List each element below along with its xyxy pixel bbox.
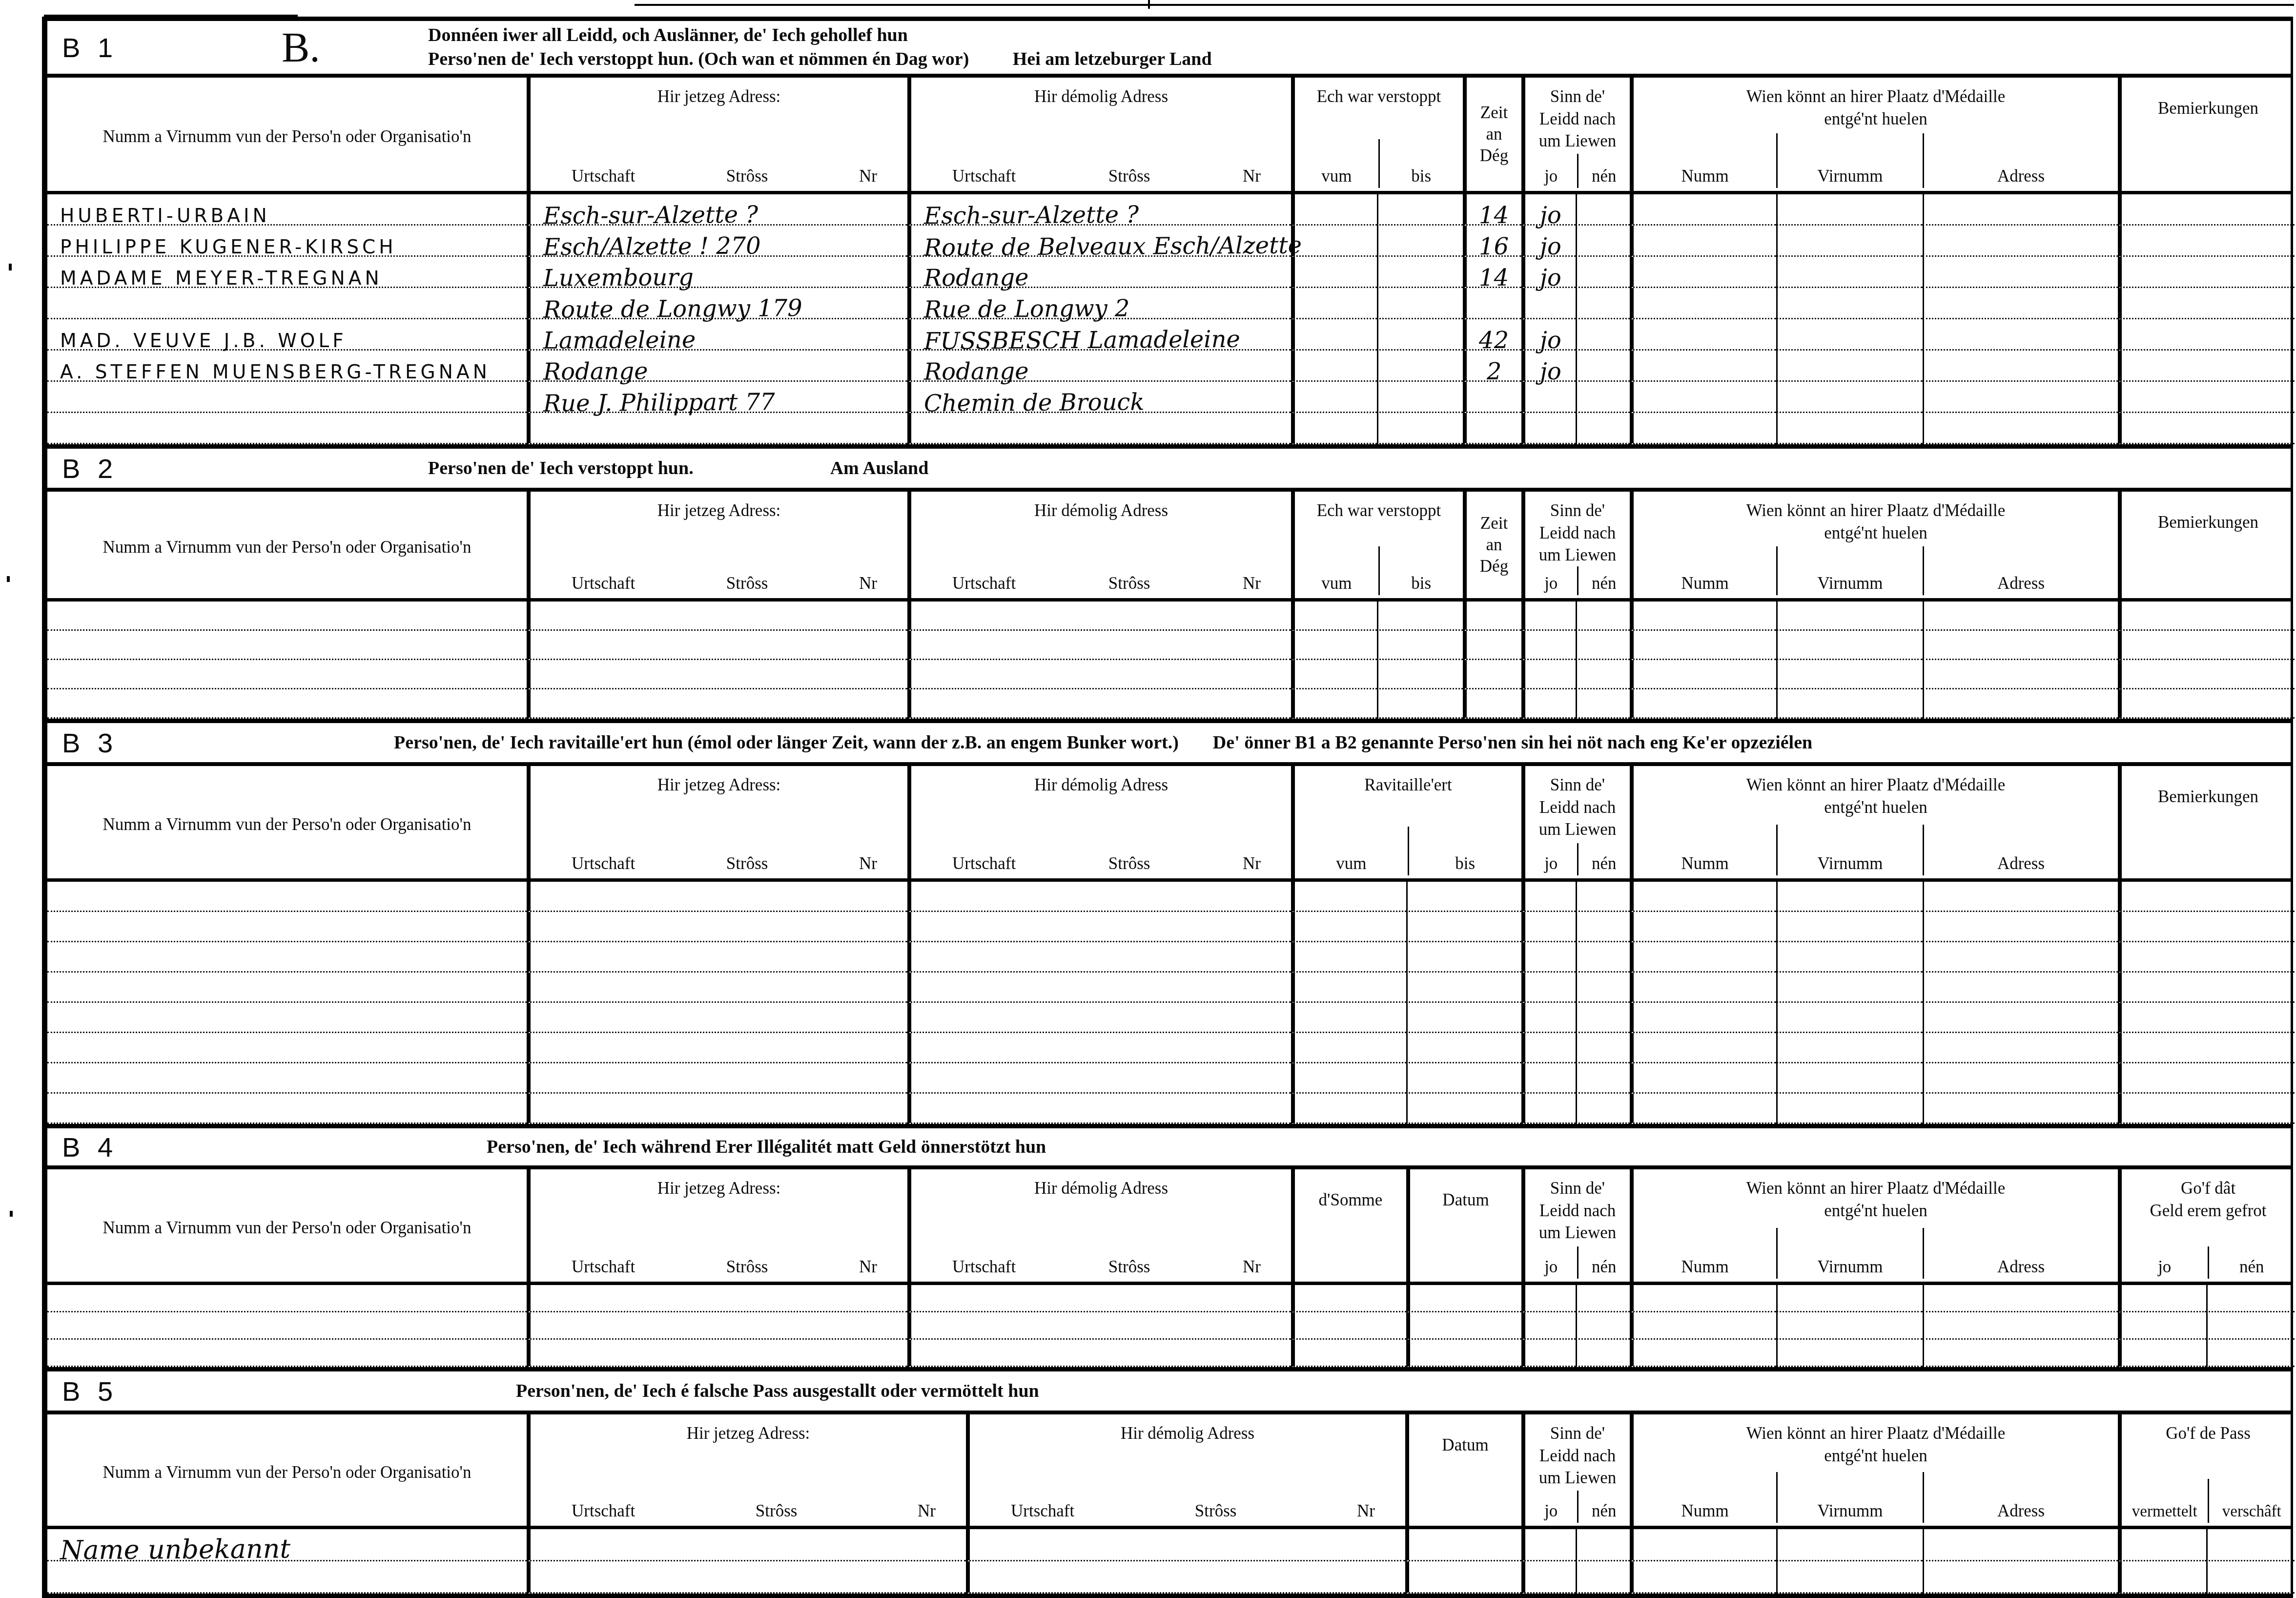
b5-r1-jetzeg bbox=[527, 1529, 966, 1561]
b3-r5-m_virnumm bbox=[1776, 1003, 1923, 1033]
b1-r4-m_adress bbox=[1923, 288, 2118, 319]
b1-r1-bem bbox=[2118, 194, 2295, 226]
col-label: um Liewen bbox=[1525, 130, 1630, 152]
b5-r1-datum bbox=[1405, 1529, 1521, 1561]
b4-header-row: Numm a Virnumm vun der Perso'n oder Orga… bbox=[47, 1169, 2291, 1285]
b2-r4-name bbox=[47, 689, 527, 719]
b5-col-gof-pass: Go'f de Pass vermettelt verschâft bbox=[2118, 1414, 2295, 1526]
b1-r4-jo bbox=[1521, 288, 1576, 319]
b3-r3-jetzeg bbox=[527, 942, 907, 973]
b5-r1-nen bbox=[1576, 1529, 1630, 1561]
b1-r8-bis bbox=[1377, 413, 1463, 444]
b1-r1-m_virnumm bbox=[1776, 194, 1923, 226]
b3-col-jetzeg-adress: Hir jetzeg Adress: Urtschaft Strôss Nr bbox=[527, 766, 907, 878]
b3-r3-vum bbox=[1291, 942, 1406, 973]
b3-r8-name bbox=[47, 1094, 527, 1124]
col-label: d'Somme bbox=[1298, 1189, 1403, 1211]
col-label: bis bbox=[1411, 166, 1431, 186]
b1-r8-demolig bbox=[907, 413, 1291, 444]
b1-r6-bem bbox=[2118, 351, 2295, 382]
b1-r1-vum bbox=[1291, 194, 1377, 226]
b1-col-bemierkungen: Bemierkungen bbox=[2118, 78, 2295, 191]
b1-r2-m_virnumm bbox=[1776, 226, 1923, 257]
col-label: um Liewen bbox=[1525, 1222, 1630, 1244]
col-label: Sinn de' bbox=[1525, 499, 1630, 522]
col-label: Numm bbox=[1681, 1501, 1728, 1521]
col-label: Hir jetzeg Adress: bbox=[533, 85, 904, 108]
b4-r2-gjo bbox=[2118, 1312, 2206, 1340]
b4-title-bar: B 4 Perso'nen, de' Iech während Erer Ill… bbox=[47, 1124, 2291, 1169]
b1-r3-m_virnumm bbox=[1776, 257, 1923, 288]
col-label: Nr bbox=[859, 1257, 877, 1277]
b1-r1-zeit: 14 bbox=[1463, 194, 1521, 226]
b1-r8-jo bbox=[1521, 413, 1576, 444]
col-label: Strôss bbox=[1108, 854, 1150, 873]
b5-r2-jetzeg bbox=[527, 1561, 966, 1594]
b1-r3-zeit: 14 bbox=[1463, 257, 1521, 288]
b2-col-verstoppt: Ech war verstoppt vum bis bbox=[1291, 492, 1463, 598]
col-label: an bbox=[1467, 125, 1521, 144]
col-label: Ech war verstoppt bbox=[1295, 499, 1463, 522]
b1-table-row: Route de Longwy 179Rue de Longwy 2 bbox=[47, 288, 2291, 319]
col-label: Nr bbox=[918, 1501, 936, 1521]
b3-r4-vum bbox=[1291, 973, 1406, 1003]
col-label: Sinn de' bbox=[1525, 85, 1630, 108]
col-label: Urtschaft bbox=[952, 166, 1016, 186]
b4-col-name: Numm a Virnumm vun der Perso'n oder Orga… bbox=[47, 1169, 527, 1282]
b3-r8-vum bbox=[1291, 1094, 1406, 1124]
b3-r7-demolig bbox=[907, 1063, 1291, 1094]
col-label: nén bbox=[1592, 1501, 1617, 1521]
b3-r5-m_adress bbox=[1923, 1003, 2118, 1033]
scan-artifact-tick bbox=[1148, 0, 1150, 9]
b2-r1-bis bbox=[1377, 602, 1463, 631]
b2-r4-zeit bbox=[1463, 689, 1521, 719]
b1-handwritten-entry: Luxembourg bbox=[543, 266, 694, 290]
col-label: Bemierkungen bbox=[2125, 97, 2292, 120]
b1-title-line1: Donnéen iwer all Leidd, och Auslänner, d… bbox=[428, 23, 1212, 47]
b1-handwritten-entry: Rodange bbox=[924, 359, 1029, 383]
b2-r1-vum bbox=[1291, 602, 1377, 631]
b1-r5-m_virnumm bbox=[1776, 319, 1923, 351]
b3-table-row bbox=[47, 942, 2291, 973]
b1-r5-m_numm bbox=[1630, 319, 1776, 351]
b4-r1-m_virnumm bbox=[1776, 1285, 1923, 1312]
b1-r7-demolig: Chemin de Brouck bbox=[907, 382, 1291, 413]
b3-col-bemierkungen: Bemierkungen bbox=[2118, 766, 2295, 878]
b4-r3-somme bbox=[1291, 1340, 1406, 1367]
b5-r1-m_numm bbox=[1630, 1529, 1776, 1561]
b3-r2-nen bbox=[1576, 912, 1630, 942]
b3-r4-bem bbox=[2118, 973, 2295, 1003]
col-label: um Liewen bbox=[1525, 1467, 1630, 1489]
b1-table-row: Rue J. Philippart 77Chemin de Brouck bbox=[47, 382, 2291, 413]
b1-r3-vum bbox=[1291, 257, 1377, 288]
b2-title-bar: B 2 Perso'nen de' Iech verstoppt hun. Am… bbox=[47, 444, 2291, 492]
b1-r1-m_numm bbox=[1630, 194, 1776, 226]
col-label: Strôss bbox=[756, 1501, 798, 1521]
b2-r4-bis bbox=[1377, 689, 1463, 719]
b3-r6-m_adress bbox=[1923, 1033, 2118, 1063]
b2-r2-name bbox=[47, 631, 527, 660]
b4-r3-name bbox=[47, 1340, 527, 1367]
col-label: Hir jetzeg Adress: bbox=[533, 774, 904, 796]
b1-r4-jetzeg: Route de Longwy 179 bbox=[527, 288, 907, 319]
b1-handwritten-entry: MAD. VEUVE J.B. WOLF bbox=[60, 332, 347, 351]
scan-speckle bbox=[9, 264, 12, 270]
b1-r7-jetzeg: Rue J. Philippart 77 bbox=[527, 382, 907, 413]
b3-r5-vum bbox=[1291, 1003, 1406, 1033]
b1-r6-demolig: Rodange bbox=[907, 351, 1291, 382]
b4-r1-nen bbox=[1576, 1285, 1630, 1312]
b1-r7-bis bbox=[1377, 382, 1463, 413]
b3-table-row bbox=[47, 1003, 2291, 1033]
b3-r1-m_virnumm bbox=[1776, 882, 1923, 912]
col-label: Adress bbox=[1997, 574, 2045, 593]
b1-title-line2: Perso'nen de' Iech verstoppt hun. (Och w… bbox=[428, 49, 969, 69]
b2-r1-name bbox=[47, 602, 527, 631]
b1-r7-vum bbox=[1291, 382, 1377, 413]
b1-col-verstoppt: Ech war verstoppt vum bis bbox=[1291, 78, 1463, 191]
b4-r2-jetzeg bbox=[527, 1312, 907, 1340]
b4-r2-jo bbox=[1521, 1312, 1576, 1340]
b1-rows: HUBERTI-URBAINEsch-sur-Alzette ?Esch-sur… bbox=[47, 194, 2291, 444]
b5-rows: Name unbekannt bbox=[47, 1529, 2291, 1594]
b2-r4-jetzeg bbox=[527, 689, 907, 719]
b1-col-zeit: Zeit an Dég bbox=[1463, 78, 1521, 191]
b3-r2-demolig bbox=[907, 912, 1291, 942]
col-label: Nr bbox=[1243, 574, 1261, 593]
b1-r5-vum bbox=[1291, 319, 1377, 351]
b1-r2-m_numm bbox=[1630, 226, 1776, 257]
b4-table-row bbox=[47, 1285, 2291, 1312]
b3-r1-m_numm bbox=[1630, 882, 1776, 912]
col-label: Nr bbox=[859, 574, 877, 593]
b3-table-row bbox=[47, 1063, 2291, 1094]
b1-section-letter: B. bbox=[282, 26, 428, 68]
b2-col-name: Numm a Virnumm vun der Perso'n oder Orga… bbox=[47, 492, 527, 598]
b1-r3-m_adress bbox=[1923, 257, 2118, 288]
col-label: Numm bbox=[1681, 1257, 1728, 1277]
b3-r2-name bbox=[47, 912, 527, 942]
col-label: entgé'nt huelen bbox=[1634, 1445, 2118, 1467]
b1-r3-demolig: Rodange bbox=[907, 257, 1291, 288]
b3-title: Perso'nen, de' Iech ravitaille'ert hun (… bbox=[394, 732, 1179, 753]
b2-r3-bem bbox=[2118, 660, 2295, 689]
col-label: Urtschaft bbox=[952, 854, 1016, 873]
b3-r6-m_virnumm bbox=[1776, 1033, 1923, 1063]
col-label: Adress bbox=[1997, 166, 2045, 186]
col-label: Strôss bbox=[726, 166, 768, 186]
b1-r3-jetzeg: Luxembourg bbox=[527, 257, 907, 288]
b3-r4-nen bbox=[1576, 973, 1630, 1003]
col-label: vum bbox=[1321, 166, 1352, 186]
b5-header-row: Numm a Virnumm vun der Perso'n oder Orga… bbox=[47, 1414, 2291, 1529]
b1-r2-m_adress bbox=[1923, 226, 2118, 257]
b1-r5-nen bbox=[1576, 319, 1630, 351]
b4-r2-nen bbox=[1576, 1312, 1630, 1340]
b1-col-demolig-adress: Hir démolig Adress Urtschaft Strôss Nr bbox=[907, 78, 1291, 191]
b3-r6-bem bbox=[2118, 1033, 2295, 1063]
b1-handwritten-entry: HUBERTI-URBAIN bbox=[60, 207, 270, 226]
b3-r1-bis bbox=[1406, 882, 1521, 912]
b1-r8-m_virnumm bbox=[1776, 413, 1923, 444]
b1-handwritten-entry: FUSSBESCH Lamadeleine bbox=[924, 328, 1240, 353]
col-label: Numm a Virnumm vun der Perso'n oder Orga… bbox=[50, 1463, 524, 1482]
b4-r1-jetzeg bbox=[527, 1285, 907, 1312]
b1-r7-m_virnumm bbox=[1776, 382, 1923, 413]
col-label: verschâft bbox=[2222, 1503, 2281, 1521]
b1-handwritten-entry: Rue de Longwy 2 bbox=[924, 297, 1130, 322]
col-label: Virnumm bbox=[1817, 166, 1883, 186]
col-label: vum bbox=[1336, 854, 1366, 873]
b4-r2-m_virnumm bbox=[1776, 1312, 1923, 1340]
col-label: Zeit bbox=[1467, 103, 1521, 123]
b4-r3-nen bbox=[1576, 1340, 1630, 1367]
b1-col-name: Numm a Virnumm vun der Perso'n oder Orga… bbox=[47, 78, 527, 191]
col-label: Dég bbox=[1467, 146, 1521, 166]
b3-r7-m_numm bbox=[1630, 1063, 1776, 1094]
b1-r3-m_numm bbox=[1630, 257, 1776, 288]
b3-r4-jo bbox=[1521, 973, 1576, 1003]
b3-r1-m_adress bbox=[1923, 882, 2118, 912]
b1-handwritten-entry: Rodange bbox=[924, 266, 1029, 290]
b5-col-medaille: Wien könnt an hirer Plaatz d'Médaille en… bbox=[1630, 1414, 2118, 1526]
col-label: Virnumm bbox=[1817, 1501, 1883, 1521]
b4-r3-datum bbox=[1406, 1340, 1521, 1367]
b5-r1-demolig bbox=[966, 1529, 1405, 1561]
col-label: Virnumm bbox=[1817, 1257, 1883, 1277]
b1-r8-nen bbox=[1576, 413, 1630, 444]
b2-r1-m_numm bbox=[1630, 602, 1776, 631]
b3-r3-demolig bbox=[907, 942, 1291, 973]
b1-r2-name: PHILIPPE KUGENER-KIRSCH bbox=[47, 226, 527, 257]
b2-r2-vum bbox=[1291, 631, 1377, 660]
b1-r5-zeit: 42 bbox=[1463, 319, 1521, 351]
b2-r4-m_adress bbox=[1923, 689, 2118, 719]
b2-r2-m_adress bbox=[1923, 631, 2118, 660]
b3-r7-nen bbox=[1576, 1063, 1630, 1094]
col-label: Adress bbox=[1997, 1501, 2045, 1521]
section-b4: B 4 Perso'nen, de' Iech während Erer Ill… bbox=[42, 1124, 2293, 1367]
b3-r5-demolig bbox=[907, 1003, 1291, 1033]
b1-handwritten-entry: Rue J. Philippart 77 bbox=[543, 390, 775, 415]
b1-handwritten-entry: PHILIPPE KUGENER-KIRSCH bbox=[60, 238, 396, 257]
b1-r5-bis bbox=[1377, 319, 1463, 351]
b3-r4-m_adress bbox=[1923, 973, 2118, 1003]
b5-col-sinn: Sinn de' Leidd nach um Liewen jo nén bbox=[1521, 1414, 1630, 1526]
b3-r1-demolig bbox=[907, 882, 1291, 912]
col-label: entgé'nt huelen bbox=[1634, 796, 2118, 819]
col-label: Dég bbox=[1467, 557, 1521, 576]
b1-handwritten-entry: MADAME MEYER-TREGNAN bbox=[60, 269, 383, 288]
b2-r4-m_virnumm bbox=[1776, 689, 1923, 719]
col-label: nén bbox=[2239, 1257, 2264, 1277]
col-label: Bemierkungen bbox=[2125, 511, 2292, 534]
b4-r1-m_adress bbox=[1923, 1285, 2118, 1312]
b3-r6-jo bbox=[1521, 1033, 1576, 1063]
b5-handwritten-entry: Name unbekannt bbox=[60, 1536, 290, 1563]
b2-r2-demolig bbox=[907, 631, 1291, 660]
b2-table-row bbox=[47, 631, 2291, 660]
b1-table-row: MADAME MEYER-TREGNANLuxembourgRodange14j… bbox=[47, 257, 2291, 288]
b2-col-jetzeg-adress: Hir jetzeg Adress: Urtschaft Strôss Nr bbox=[527, 492, 907, 598]
b1-handwritten-entry: Route de Belveaux Esch/Alzette bbox=[924, 233, 1302, 259]
b1-r2-nen bbox=[1576, 226, 1630, 257]
col-label: Nr bbox=[1243, 166, 1261, 186]
b2-r3-zeit bbox=[1463, 660, 1521, 689]
b1-r1-nen bbox=[1576, 194, 1630, 226]
b1-col-jetzeg-adress: Hir jetzeg Adress: Urtschaft Strôss Nr bbox=[527, 78, 907, 191]
b3-col-sinn: Sinn de' Leidd nach um Liewen jo nén bbox=[1521, 766, 1630, 878]
col-label: Hir jetzeg Adress: bbox=[533, 1422, 963, 1445]
b1-title-bar: B 1 B. Donnéen iwer all Leidd, och Auslä… bbox=[47, 17, 2291, 78]
b4-r3-jetzeg bbox=[527, 1340, 907, 1367]
b5-table-row bbox=[47, 1561, 2291, 1594]
b5-r1-pverm bbox=[2118, 1529, 2206, 1561]
b5-r1-m_adress bbox=[1923, 1529, 2118, 1561]
b1-col-medaille: Wien könnt an hirer Plaatz d'Médaille en… bbox=[1630, 78, 2118, 191]
b3-r3-name bbox=[47, 942, 527, 973]
b3-r8-demolig bbox=[907, 1094, 1291, 1124]
b5-r2-m_adress bbox=[1923, 1561, 2118, 1594]
b2-r4-vum bbox=[1291, 689, 1377, 719]
b1-r2-demolig: Route de Belveaux Esch/Alzette bbox=[907, 226, 1291, 257]
b1-r3-name: MADAME MEYER-TREGNAN bbox=[47, 257, 527, 288]
col-label: Numm bbox=[1681, 574, 1728, 593]
b5-r2-m_virnumm bbox=[1776, 1561, 1923, 1594]
b3-r3-m_adress bbox=[1923, 942, 2118, 973]
b1-r3-nen bbox=[1576, 257, 1630, 288]
b4-r2-datum bbox=[1406, 1312, 1521, 1340]
b3-r7-m_adress bbox=[1923, 1063, 2118, 1094]
col-label: Bemierkungen bbox=[2125, 786, 2292, 808]
b1-r2-jetzeg: Esch/Alzette ! 270 bbox=[527, 226, 907, 257]
b3-r6-jetzeg bbox=[527, 1033, 907, 1063]
col-label: Numm bbox=[1681, 854, 1728, 873]
b3-r2-bem bbox=[2118, 912, 2295, 942]
b2-r1-m_adress bbox=[1923, 602, 2118, 631]
b3-r7-bis bbox=[1406, 1063, 1521, 1094]
b3-r5-bis bbox=[1406, 1003, 1521, 1033]
col-label: Hir démolig Adress bbox=[914, 85, 1288, 108]
b2-r3-jo bbox=[1521, 660, 1576, 689]
b1-r7-m_numm bbox=[1630, 382, 1776, 413]
b1-table-row: HUBERTI-URBAINEsch-sur-Alzette ?Esch-sur… bbox=[47, 194, 2291, 226]
b1-r8-vum bbox=[1291, 413, 1377, 444]
b1-handwritten-entry: Chemin de Brouck bbox=[924, 390, 1145, 415]
col-label: jo bbox=[1544, 1257, 1558, 1277]
b2-r3-jetzeg bbox=[527, 660, 907, 689]
b2-r2-bis bbox=[1377, 631, 1463, 660]
b4-col-gof-geld: Go'f dât Geld erem gefrot jo nén bbox=[2118, 1169, 2295, 1282]
b3-r6-nen bbox=[1576, 1033, 1630, 1063]
b4-r2-m_adress bbox=[1923, 1312, 2118, 1340]
col-label: Nr bbox=[1243, 854, 1261, 873]
b3-r3-bem bbox=[2118, 942, 2295, 973]
b1-handwritten-entry: Route de Longwy 179 bbox=[543, 296, 802, 322]
b2-r4-m_numm bbox=[1630, 689, 1776, 719]
b1-r5-jo: jo bbox=[1521, 319, 1576, 351]
b4-r1-jo bbox=[1521, 1285, 1576, 1312]
col-label: jo bbox=[2158, 1257, 2171, 1277]
col-label: Urtschaft bbox=[572, 1257, 635, 1277]
col-label: Numm a Virnumm vun der Perso'n oder Orga… bbox=[50, 538, 524, 557]
b4-r2-gnen bbox=[2206, 1312, 2295, 1340]
col-label: bis bbox=[1411, 574, 1431, 593]
b3-r4-demolig bbox=[907, 973, 1291, 1003]
b3-r5-nen bbox=[1576, 1003, 1630, 1033]
b3-col-medaille: Wien könnt an hirer Plaatz d'Médaille en… bbox=[1630, 766, 2118, 878]
b2-col-medaille: Wien könnt an hirer Plaatz d'Médaille en… bbox=[1630, 492, 2118, 598]
col-label: Urtschaft bbox=[952, 574, 1016, 593]
b3-table-row bbox=[47, 912, 2291, 942]
b1-r8-bem bbox=[2118, 413, 2295, 444]
section-b3: B 3 Perso'nen, de' Iech ravitaille'ert h… bbox=[42, 719, 2293, 1124]
b1-header-row: Numm a Virnumm vun der Perso'n oder Orga… bbox=[47, 78, 2291, 194]
b4-r3-gnen bbox=[2206, 1340, 2295, 1367]
b1-r4-bis bbox=[1377, 288, 1463, 319]
b2-r3-nen bbox=[1576, 660, 1630, 689]
col-label: Wien könnt an hirer Plaatz d'Médaille bbox=[1634, 1177, 2118, 1200]
col-label: Sinn de' bbox=[1525, 1422, 1630, 1445]
b1-r2-bis bbox=[1377, 226, 1463, 257]
col-label: Strôss bbox=[726, 1257, 768, 1277]
b2-col-zeit: Zeit an Dég bbox=[1463, 492, 1521, 598]
b3-r8-bis bbox=[1406, 1094, 1521, 1124]
col-label: Urtschaft bbox=[1011, 1501, 1074, 1521]
b1-r6-zeit: 2 bbox=[1463, 351, 1521, 382]
b3-r1-nen bbox=[1576, 882, 1630, 912]
b4-r1-somme bbox=[1291, 1285, 1406, 1312]
col-label: Urtschaft bbox=[572, 1501, 635, 1521]
b2-r3-vum bbox=[1291, 660, 1377, 689]
b3-title-suffix: De' önner B1 a B2 genannte Perso'nen sin… bbox=[1213, 732, 1812, 753]
col-label: Hir jetzeg Adress: bbox=[533, 1177, 904, 1200]
col-label: Numm bbox=[1681, 166, 1728, 186]
b2-r3-m_numm bbox=[1630, 660, 1776, 689]
b1-r2-zeit: 16 bbox=[1463, 226, 1521, 257]
b2-r4-demolig bbox=[907, 689, 1291, 719]
b2-r1-demolig bbox=[907, 602, 1291, 631]
b1-r7-jo bbox=[1521, 382, 1576, 413]
b4-r1-gnen bbox=[2206, 1285, 2295, 1312]
section-b1: B 1 B. Donnéen iwer all Leidd, och Auslä… bbox=[42, 17, 2293, 444]
b2-r4-jo bbox=[1521, 689, 1576, 719]
b2-table-row bbox=[47, 602, 2291, 631]
b3-r4-bis bbox=[1406, 973, 1521, 1003]
scan-artifact-line bbox=[635, 4, 2294, 6]
b1-r7-nen bbox=[1576, 382, 1630, 413]
b4-table-row bbox=[47, 1312, 2291, 1340]
b2-r3-m_virnumm bbox=[1776, 660, 1923, 689]
b1-r1-m_adress bbox=[1923, 194, 2118, 226]
b1-r6-bis bbox=[1377, 351, 1463, 382]
b1-handwritten-entry: Esch-sur-Alzette ? bbox=[924, 203, 1139, 228]
b1-r1-jetzeg: Esch-sur-Alzette ? bbox=[527, 194, 907, 226]
col-label: nén bbox=[1592, 854, 1617, 873]
b2-r3-name bbox=[47, 660, 527, 689]
col-label: nén bbox=[1592, 166, 1617, 186]
b3-table-row bbox=[47, 882, 2291, 912]
b5-table-row: Name unbekannt bbox=[47, 1529, 2291, 1561]
col-label: Leidd nach bbox=[1525, 796, 1630, 819]
b1-r4-m_virnumm bbox=[1776, 288, 1923, 319]
col-label: jo bbox=[1544, 574, 1558, 593]
b3-r7-jo bbox=[1521, 1063, 1576, 1094]
b4-r3-m_numm bbox=[1630, 1340, 1776, 1367]
b1-r8-name bbox=[47, 413, 527, 444]
